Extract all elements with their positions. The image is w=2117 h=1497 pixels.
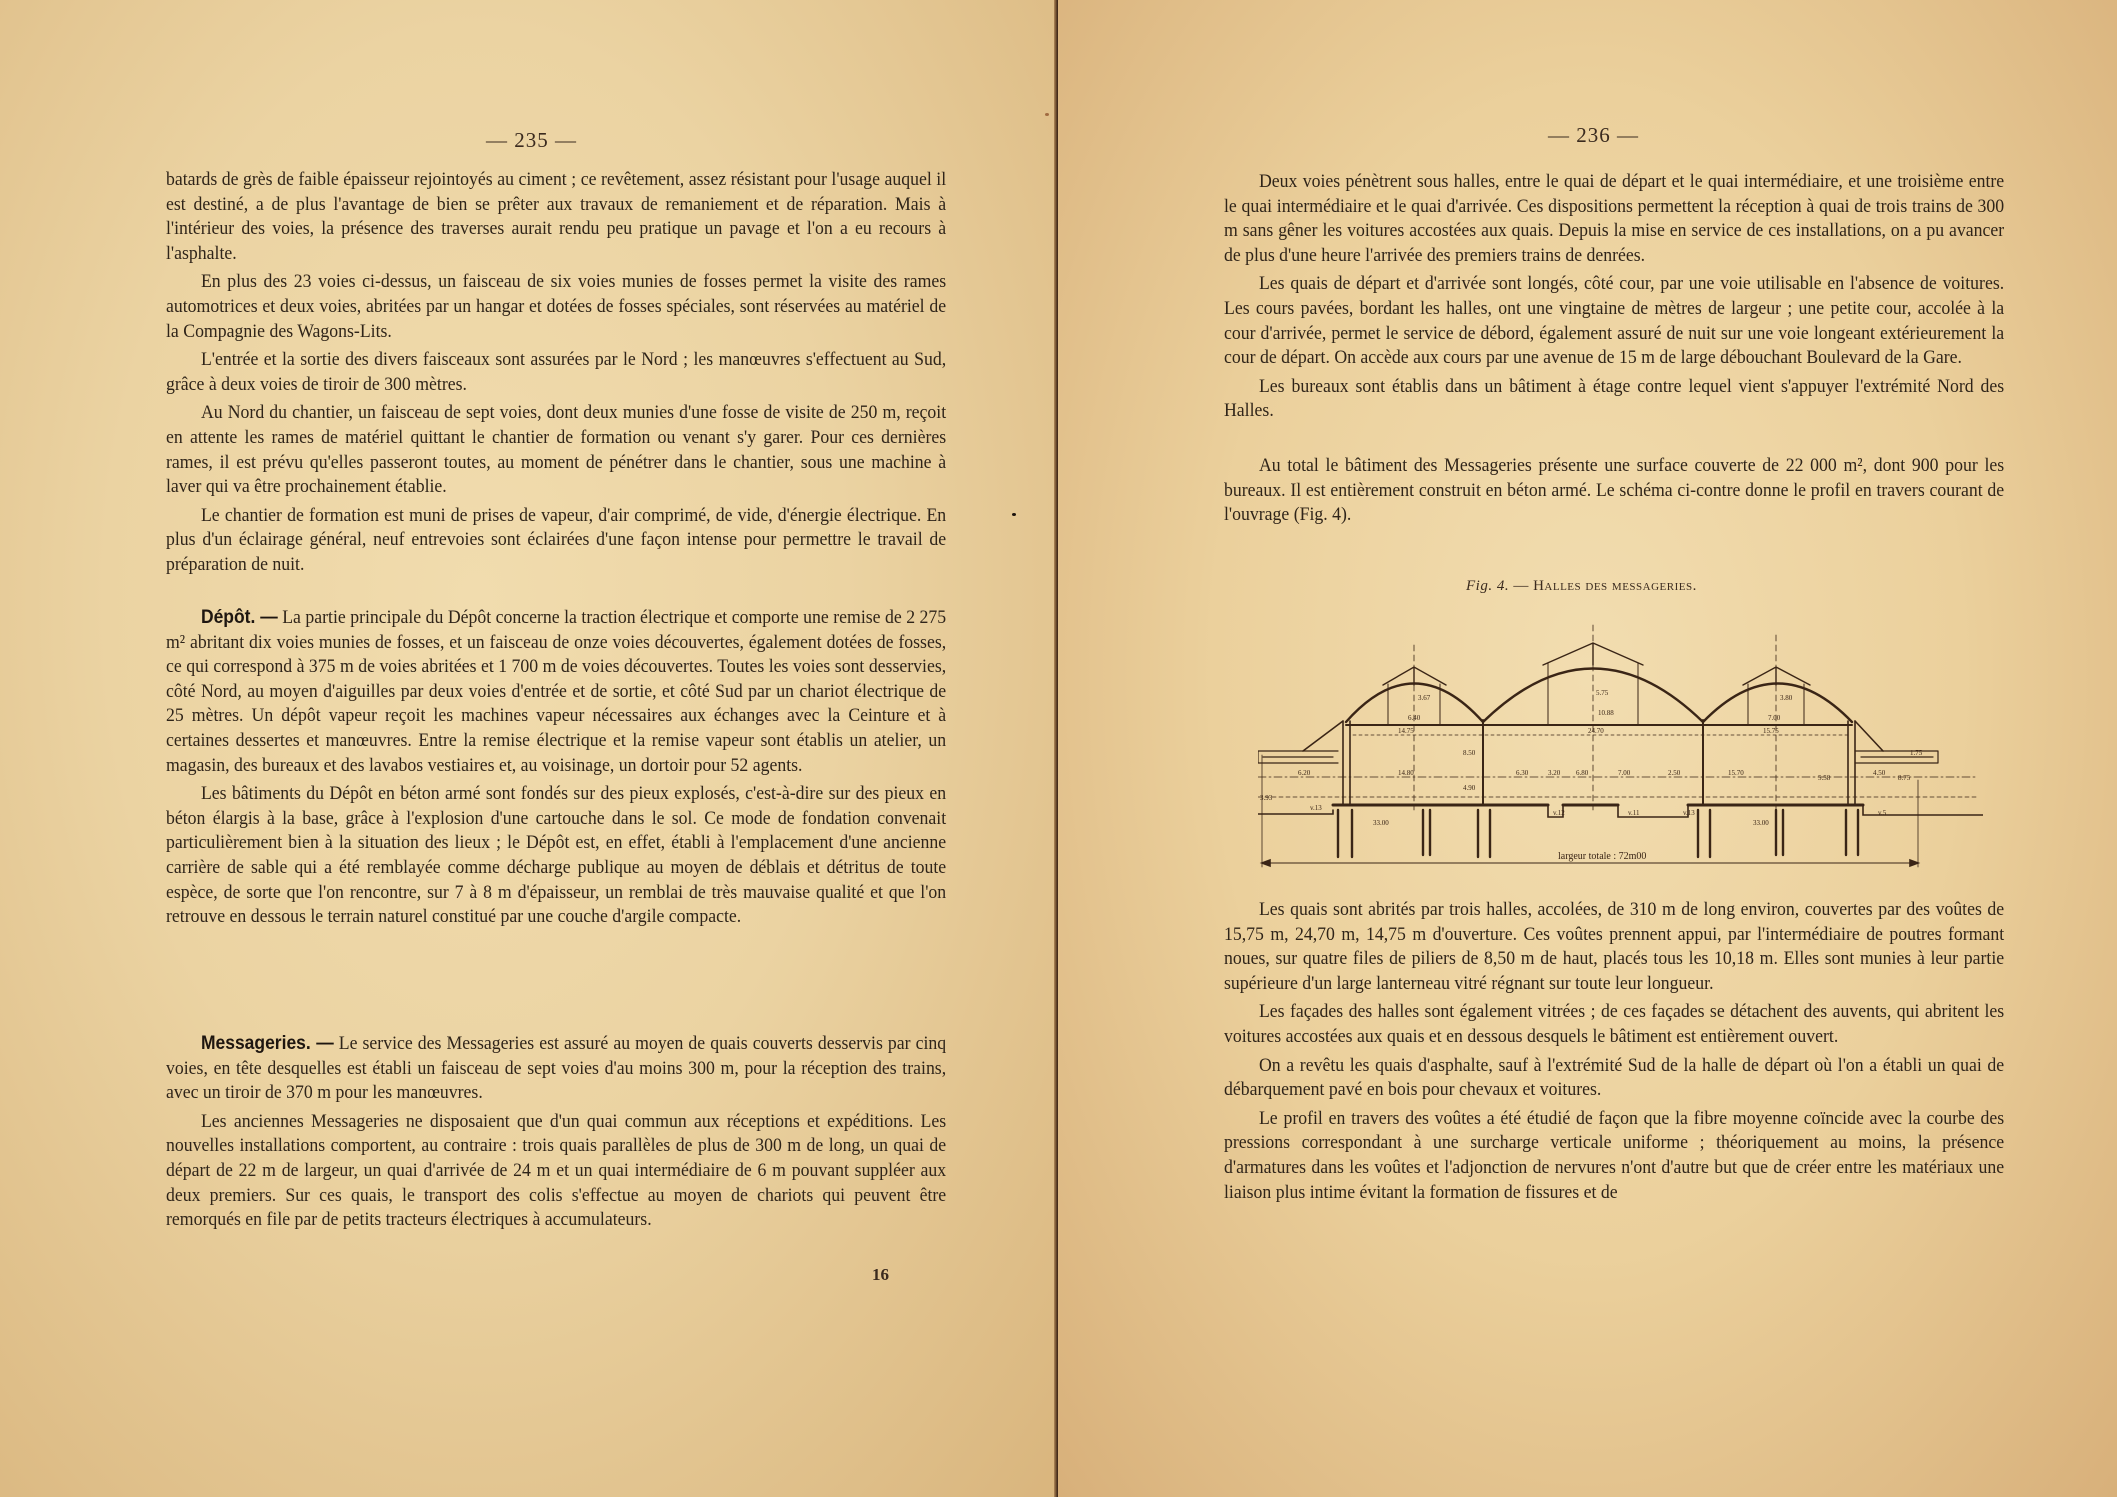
- paragraph: Le chantier de formation est muni de pri…: [166, 504, 946, 578]
- figure-caption: Fig. 4. — Halles des messageries.: [1466, 578, 1697, 595]
- right-top-text: Deux voies pénètrent sous halles, entre …: [1224, 170, 2004, 528]
- depot-paragraph: Dépôt. — La partie principale du Dépôt c…: [166, 606, 946, 778]
- svg-text:8.50: 8.50: [1463, 749, 1476, 757]
- paragraph: L'entrée et la sortie des divers faiscea…: [166, 348, 946, 397]
- paragraph: Au total le bâtiment des Messageries pré…: [1224, 454, 2004, 528]
- svg-text:5.58: 5.58: [1818, 774, 1831, 782]
- left-intro-text: batards de grès de faible épaisseur rejo…: [166, 168, 946, 578]
- svg-text:v.5: v.5: [1878, 809, 1887, 817]
- svg-text:33.00: 33.00: [1753, 819, 1769, 827]
- depot-section: Dépôt. — La partie principale du Dépôt c…: [166, 606, 946, 930]
- svg-text:15.75: 15.75: [1763, 727, 1779, 735]
- paragraph: Deux voies pénètrent sous halles, entre …: [1224, 170, 2004, 268]
- figure-dash: —: [1509, 578, 1533, 594]
- paragraph: Les quais de départ et d'arrivée sont lo…: [1224, 272, 2004, 370]
- svg-text:v.12: v.12: [1553, 809, 1565, 817]
- svg-text:33.00: 33.00: [1373, 819, 1389, 827]
- svg-text:1.75: 1.75: [1910, 749, 1923, 757]
- svg-text:v.11: v.11: [1628, 809, 1640, 817]
- paragraph: Les bâtiments du Dépôt en béton armé son…: [166, 782, 946, 930]
- svg-text:v.13: v.13: [1310, 804, 1322, 812]
- paragraph: Le profil en travers des voûtes a été ét…: [1224, 1107, 2004, 1205]
- paragraph: Au Nord du chantier, un faisceau de sept…: [166, 401, 946, 499]
- paper-speck: [1012, 513, 1016, 516]
- svg-text:10.88: 10.88: [1598, 709, 1614, 717]
- paragraph: Les bureaux sont établis dans un bâtimen…: [1224, 375, 2004, 424]
- svg-text:6.20: 6.20: [1298, 769, 1311, 777]
- svg-text:7.00: 7.00: [1618, 769, 1631, 777]
- total-width-label: largeur totale : 72m00: [1558, 851, 1646, 862]
- svg-text:6.80: 6.80: [1576, 769, 1589, 777]
- svg-text:3.93: 3.93: [1260, 794, 1273, 802]
- right-bottom-text: Les quais sont abrités par trois halles,…: [1224, 898, 2004, 1205]
- svg-text:7.00: 7.00: [1768, 714, 1781, 722]
- page-number-235: — 235 —: [486, 128, 577, 153]
- svg-text:3.80: 3.80: [1780, 694, 1793, 702]
- svg-text:6.40: 6.40: [1408, 714, 1421, 722]
- page-number-236: — 236 —: [1548, 123, 1639, 148]
- paragraph: Les anciennes Messageries ne disposaient…: [166, 1110, 946, 1233]
- messageries-heading: Messageries. —: [201, 1033, 334, 1054]
- signature-mark: 16: [872, 1265, 889, 1285]
- svg-text:24.70: 24.70: [1588, 727, 1604, 735]
- svg-text:15.70: 15.70: [1728, 769, 1744, 777]
- messageries-paragraph: Messageries. — Le service des Messagerie…: [166, 1032, 946, 1106]
- paragraph: Les façades des halles sont également vi…: [1224, 1000, 2004, 1049]
- svg-text:v.13: v.13: [1683, 809, 1695, 817]
- paragraph: batards de grès de faible épaisseur rejo…: [166, 168, 946, 266]
- svg-text:8.75: 8.75: [1898, 774, 1911, 782]
- svg-text:2.50: 2.50: [1668, 769, 1681, 777]
- halles-cross-section-drawing: 14.7524.7015.756.4010.887.003.675.753.80…: [1258, 605, 1983, 870]
- paper-speck: [1045, 113, 1049, 116]
- svg-text:6.30: 6.30: [1516, 769, 1529, 777]
- paragraph: En plus des 23 voies ci-dessus, un faisc…: [166, 270, 946, 344]
- figure-number: Fig. 4.: [1466, 578, 1509, 594]
- svg-text:5.75: 5.75: [1596, 689, 1609, 697]
- figure-title: Halles des messageries.: [1533, 578, 1697, 594]
- svg-text:3.67: 3.67: [1418, 694, 1431, 702]
- svg-text:3.20: 3.20: [1548, 769, 1561, 777]
- paragraph: On a revêtu les quais d'asphalte, sauf à…: [1224, 1054, 2004, 1103]
- svg-text:14.75: 14.75: [1398, 727, 1414, 735]
- depot-text: La partie principale du Dépôt concerne l…: [166, 607, 946, 776]
- svg-text:4.90: 4.90: [1463, 784, 1476, 792]
- paragraph: Les quais sont abrités par trois halles,…: [1224, 898, 2004, 996]
- cross-section-figure: 14.7524.7015.756.4010.887.003.675.753.80…: [1258, 605, 1983, 870]
- messageries-section: Messageries. — Le service des Messagerie…: [166, 1032, 946, 1233]
- svg-text:14.80: 14.80: [1398, 769, 1414, 777]
- svg-text:4.50: 4.50: [1873, 769, 1886, 777]
- left-page: — 235 — batards de grès de faible épaiss…: [0, 0, 1058, 1497]
- depot-heading: Dépôt. —: [201, 607, 278, 628]
